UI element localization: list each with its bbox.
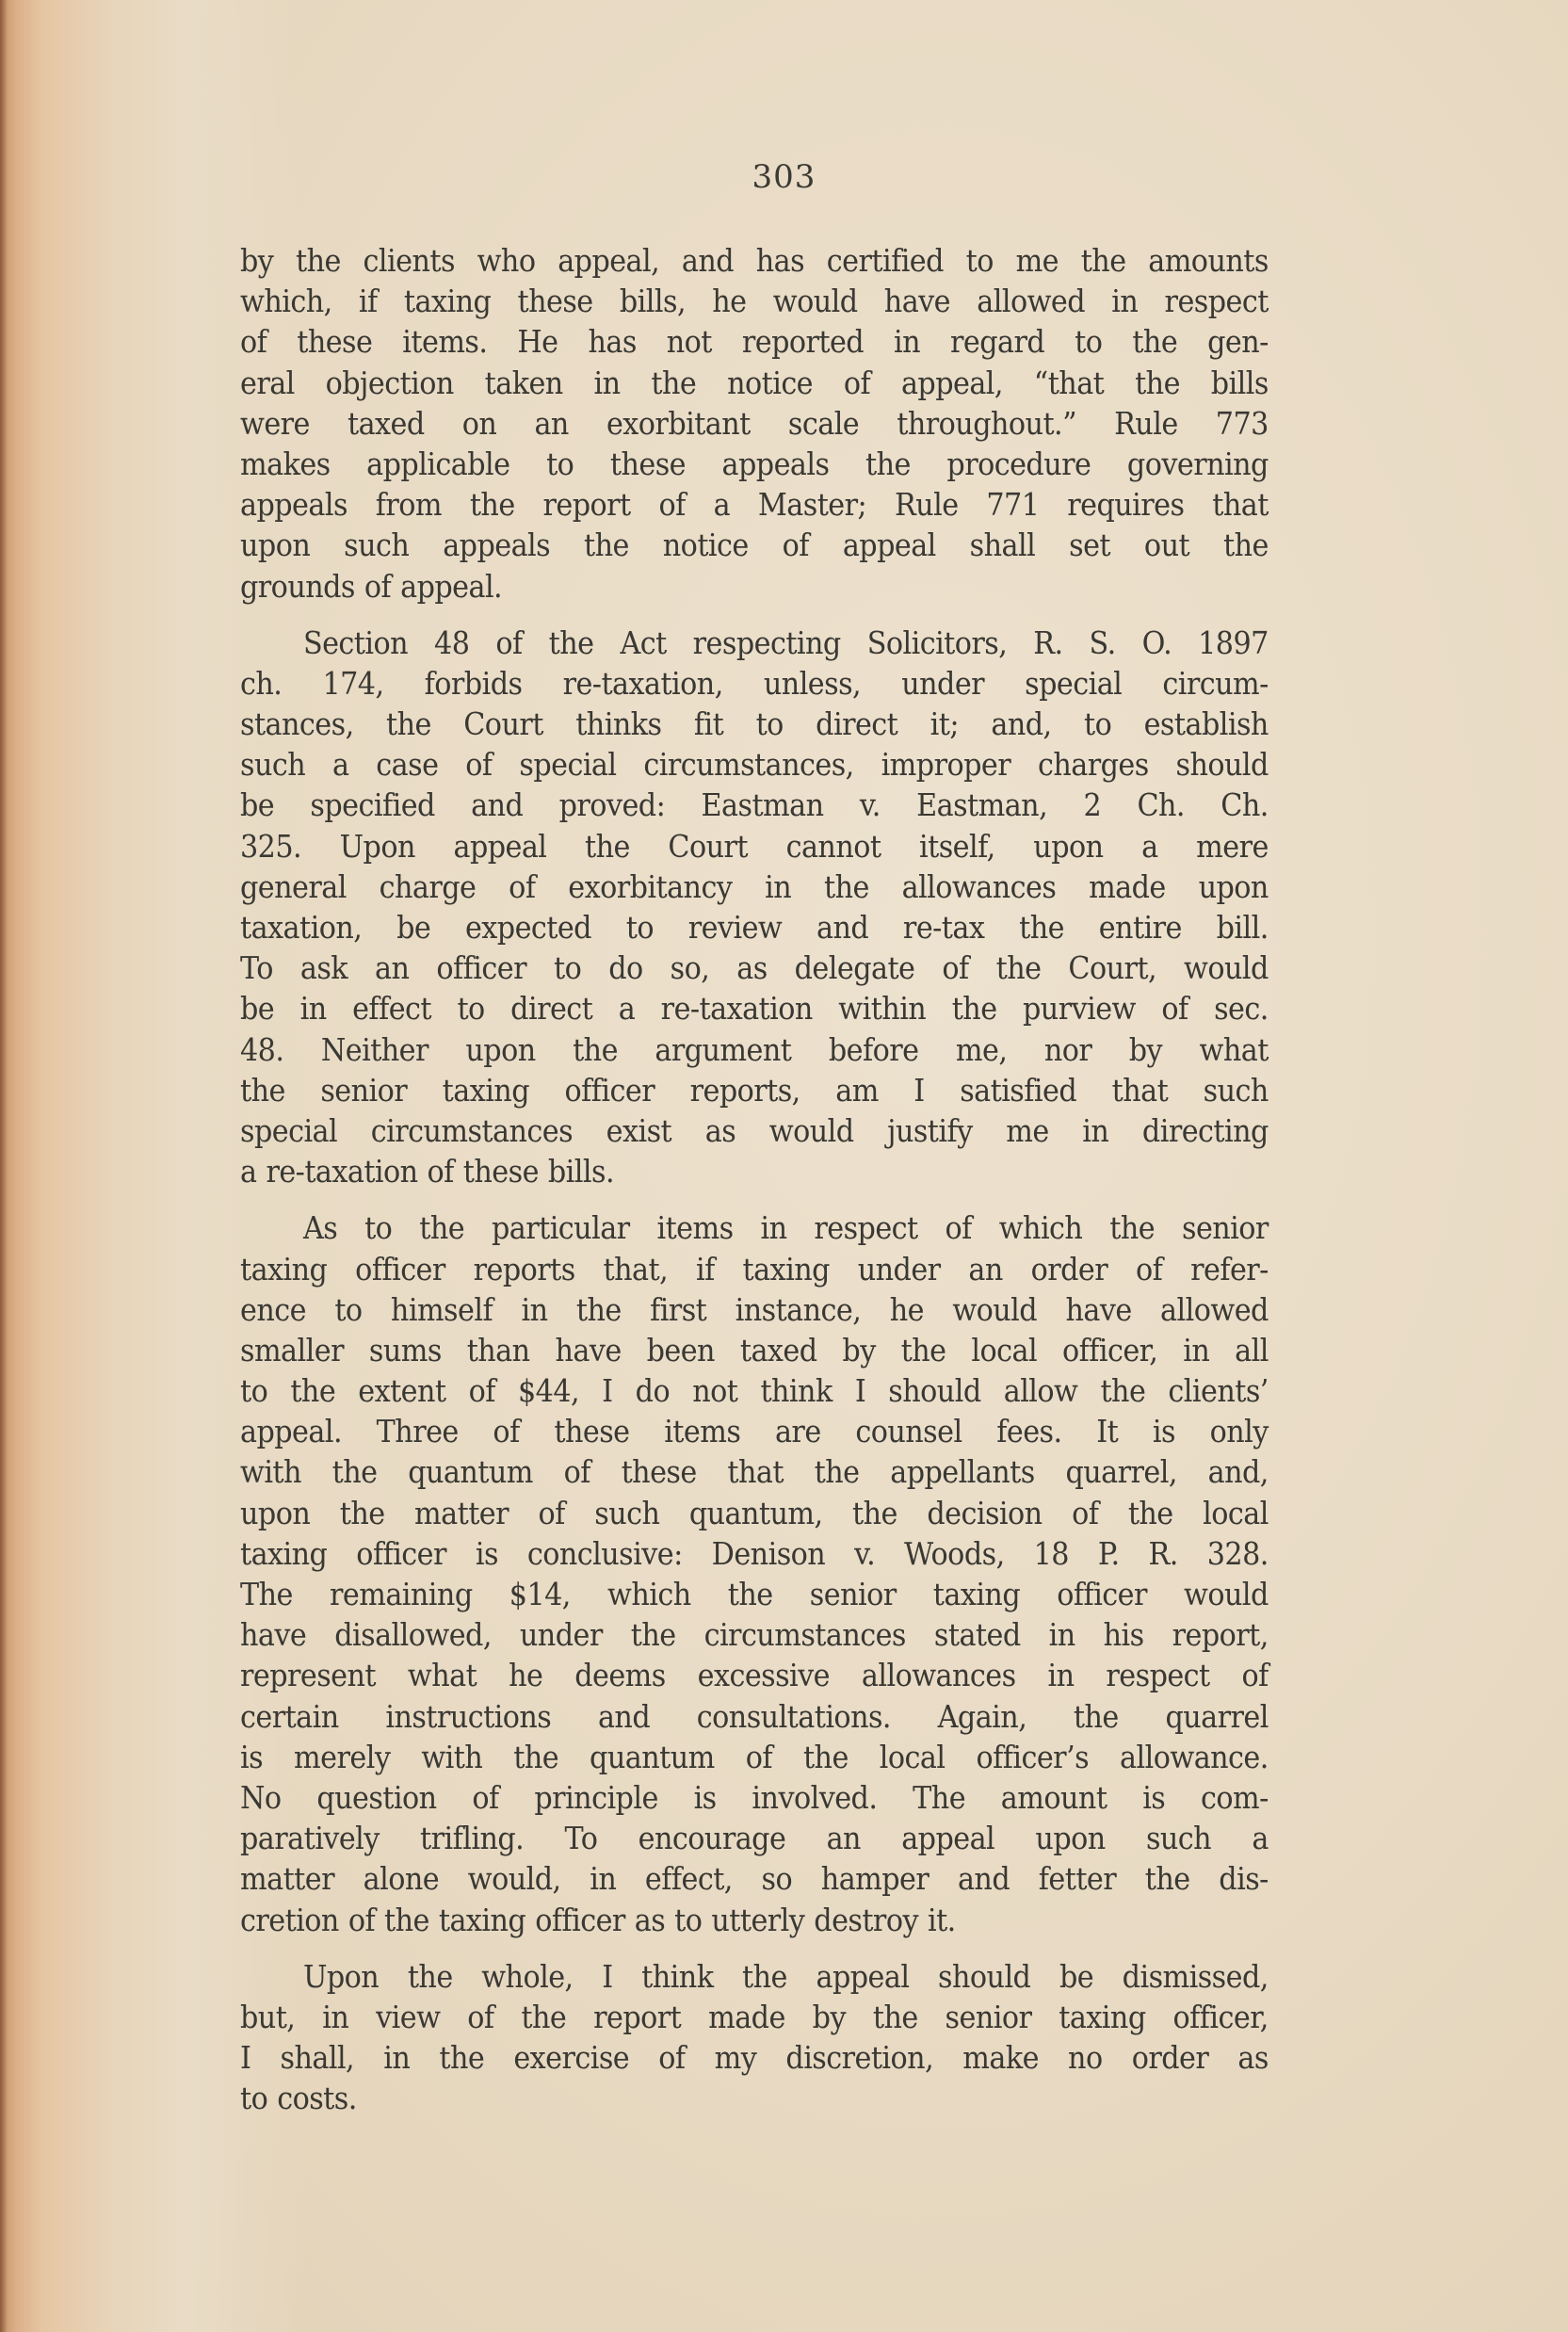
text-line: makes applicable to these appeals the pr… <box>240 445 1269 485</box>
text-line: grounds of appeal. <box>240 567 1269 607</box>
paragraph-conclusion: Upon the whole, I think the appeal shoul… <box>240 1957 1269 2120</box>
text-line: to costs. <box>240 2079 1269 2119</box>
text-line: ence to himself in the first instance, h… <box>240 1290 1269 1331</box>
text-line: The remaining $14, which the senior taxi… <box>240 1575 1269 1615</box>
text-line: No question of principle is involved. Th… <box>240 1778 1269 1819</box>
text-line: special circumstances exist as would jus… <box>240 1111 1269 1152</box>
text-line: Upon the whole, I think the appeal shoul… <box>240 1957 1269 1998</box>
text-line: taxation, be expected to review and re-t… <box>240 908 1269 948</box>
text-line: by the clients who appeal, and has certi… <box>240 241 1269 282</box>
text-line: As to the particular items in respect of… <box>240 1208 1269 1249</box>
text-line: have disallowed, under the circumstances… <box>240 1615 1269 1656</box>
text-line: appeals from the report of a Master; Rul… <box>240 485 1269 526</box>
text-line: To ask an officer to do so, as delegate … <box>240 948 1269 989</box>
page-number: 303 <box>0 158 1568 196</box>
text-line: be in effect to direct a re-taxation wit… <box>240 989 1269 1029</box>
text-line: appeal. Three of these items are counsel… <box>240 1412 1269 1452</box>
text-line: cretion of the taxing officer as to utte… <box>240 1901 1269 1941</box>
text-line: matter alone would, in effect, so hamper… <box>240 1859 1269 1900</box>
text-line: were taxed on an exorbitant scale throug… <box>240 404 1269 445</box>
body-text: by the clients who appeal, and has certi… <box>240 241 1269 2119</box>
text-line: but, in view of the report made by the s… <box>240 1998 1269 2038</box>
text-line: represent what he deems excessive allowa… <box>240 1656 1269 1696</box>
paragraph-section-48: Section 48 of the Act respecting Solicit… <box>240 623 1269 1193</box>
text-line: Section 48 of the Act respecting Solicit… <box>240 623 1269 664</box>
text-line: with the quantum of these that the appel… <box>240 1452 1269 1493</box>
text-line: taxing officer reports that, if taxing u… <box>240 1250 1269 1290</box>
text-line: paratively trifling. To encourage an app… <box>240 1819 1269 1859</box>
text-line: ch. 174, forbids re-taxation, unless, un… <box>240 664 1269 704</box>
text-line: stances, the Court thinks fit to direct … <box>240 704 1269 745</box>
scanned-book-page: 303 by the clients who appeal, and has c… <box>0 0 1568 2332</box>
text-line: upon the matter of such quantum, the dec… <box>240 1494 1269 1534</box>
text-line: eral objection taken in the notice of ap… <box>240 364 1269 404</box>
text-line: a re-taxation of these bills. <box>240 1152 1269 1192</box>
text-line: upon such appeals the notice of appeal s… <box>240 526 1269 566</box>
paragraph-1-continuation: by the clients who appeal, and has certi… <box>240 241 1269 607</box>
text-line: is merely with the quantum of the local … <box>240 1738 1269 1778</box>
text-line: which, if taxing these bills, he would h… <box>240 282 1269 322</box>
paragraph-particular-items: As to the particular items in respect of… <box>240 1208 1269 1940</box>
text-line: 325. Upon appeal the Court cannot itself… <box>240 827 1269 867</box>
text-line: I shall, in the exercise of my discretio… <box>240 2038 1269 2079</box>
text-line: taxing officer is conclusive: Denison v.… <box>240 1534 1269 1575</box>
text-line: general charge of exorbitancy in the all… <box>240 867 1269 908</box>
text-line: the senior taxing officer reports, am I … <box>240 1071 1269 1111</box>
text-line: smaller sums than have been taxed by the… <box>240 1331 1269 1371</box>
text-line: to the extent of $44, I do not think I s… <box>240 1371 1269 1412</box>
text-line: such a case of special circumstances, im… <box>240 745 1269 785</box>
text-line: of these items. He has not reported in r… <box>240 322 1269 363</box>
text-line: 48. Neither upon the argument before me,… <box>240 1030 1269 1071</box>
text-line: certain instructions and consultations. … <box>240 1697 1269 1738</box>
text-line: be specified and proved: Eastman v. East… <box>240 785 1269 826</box>
